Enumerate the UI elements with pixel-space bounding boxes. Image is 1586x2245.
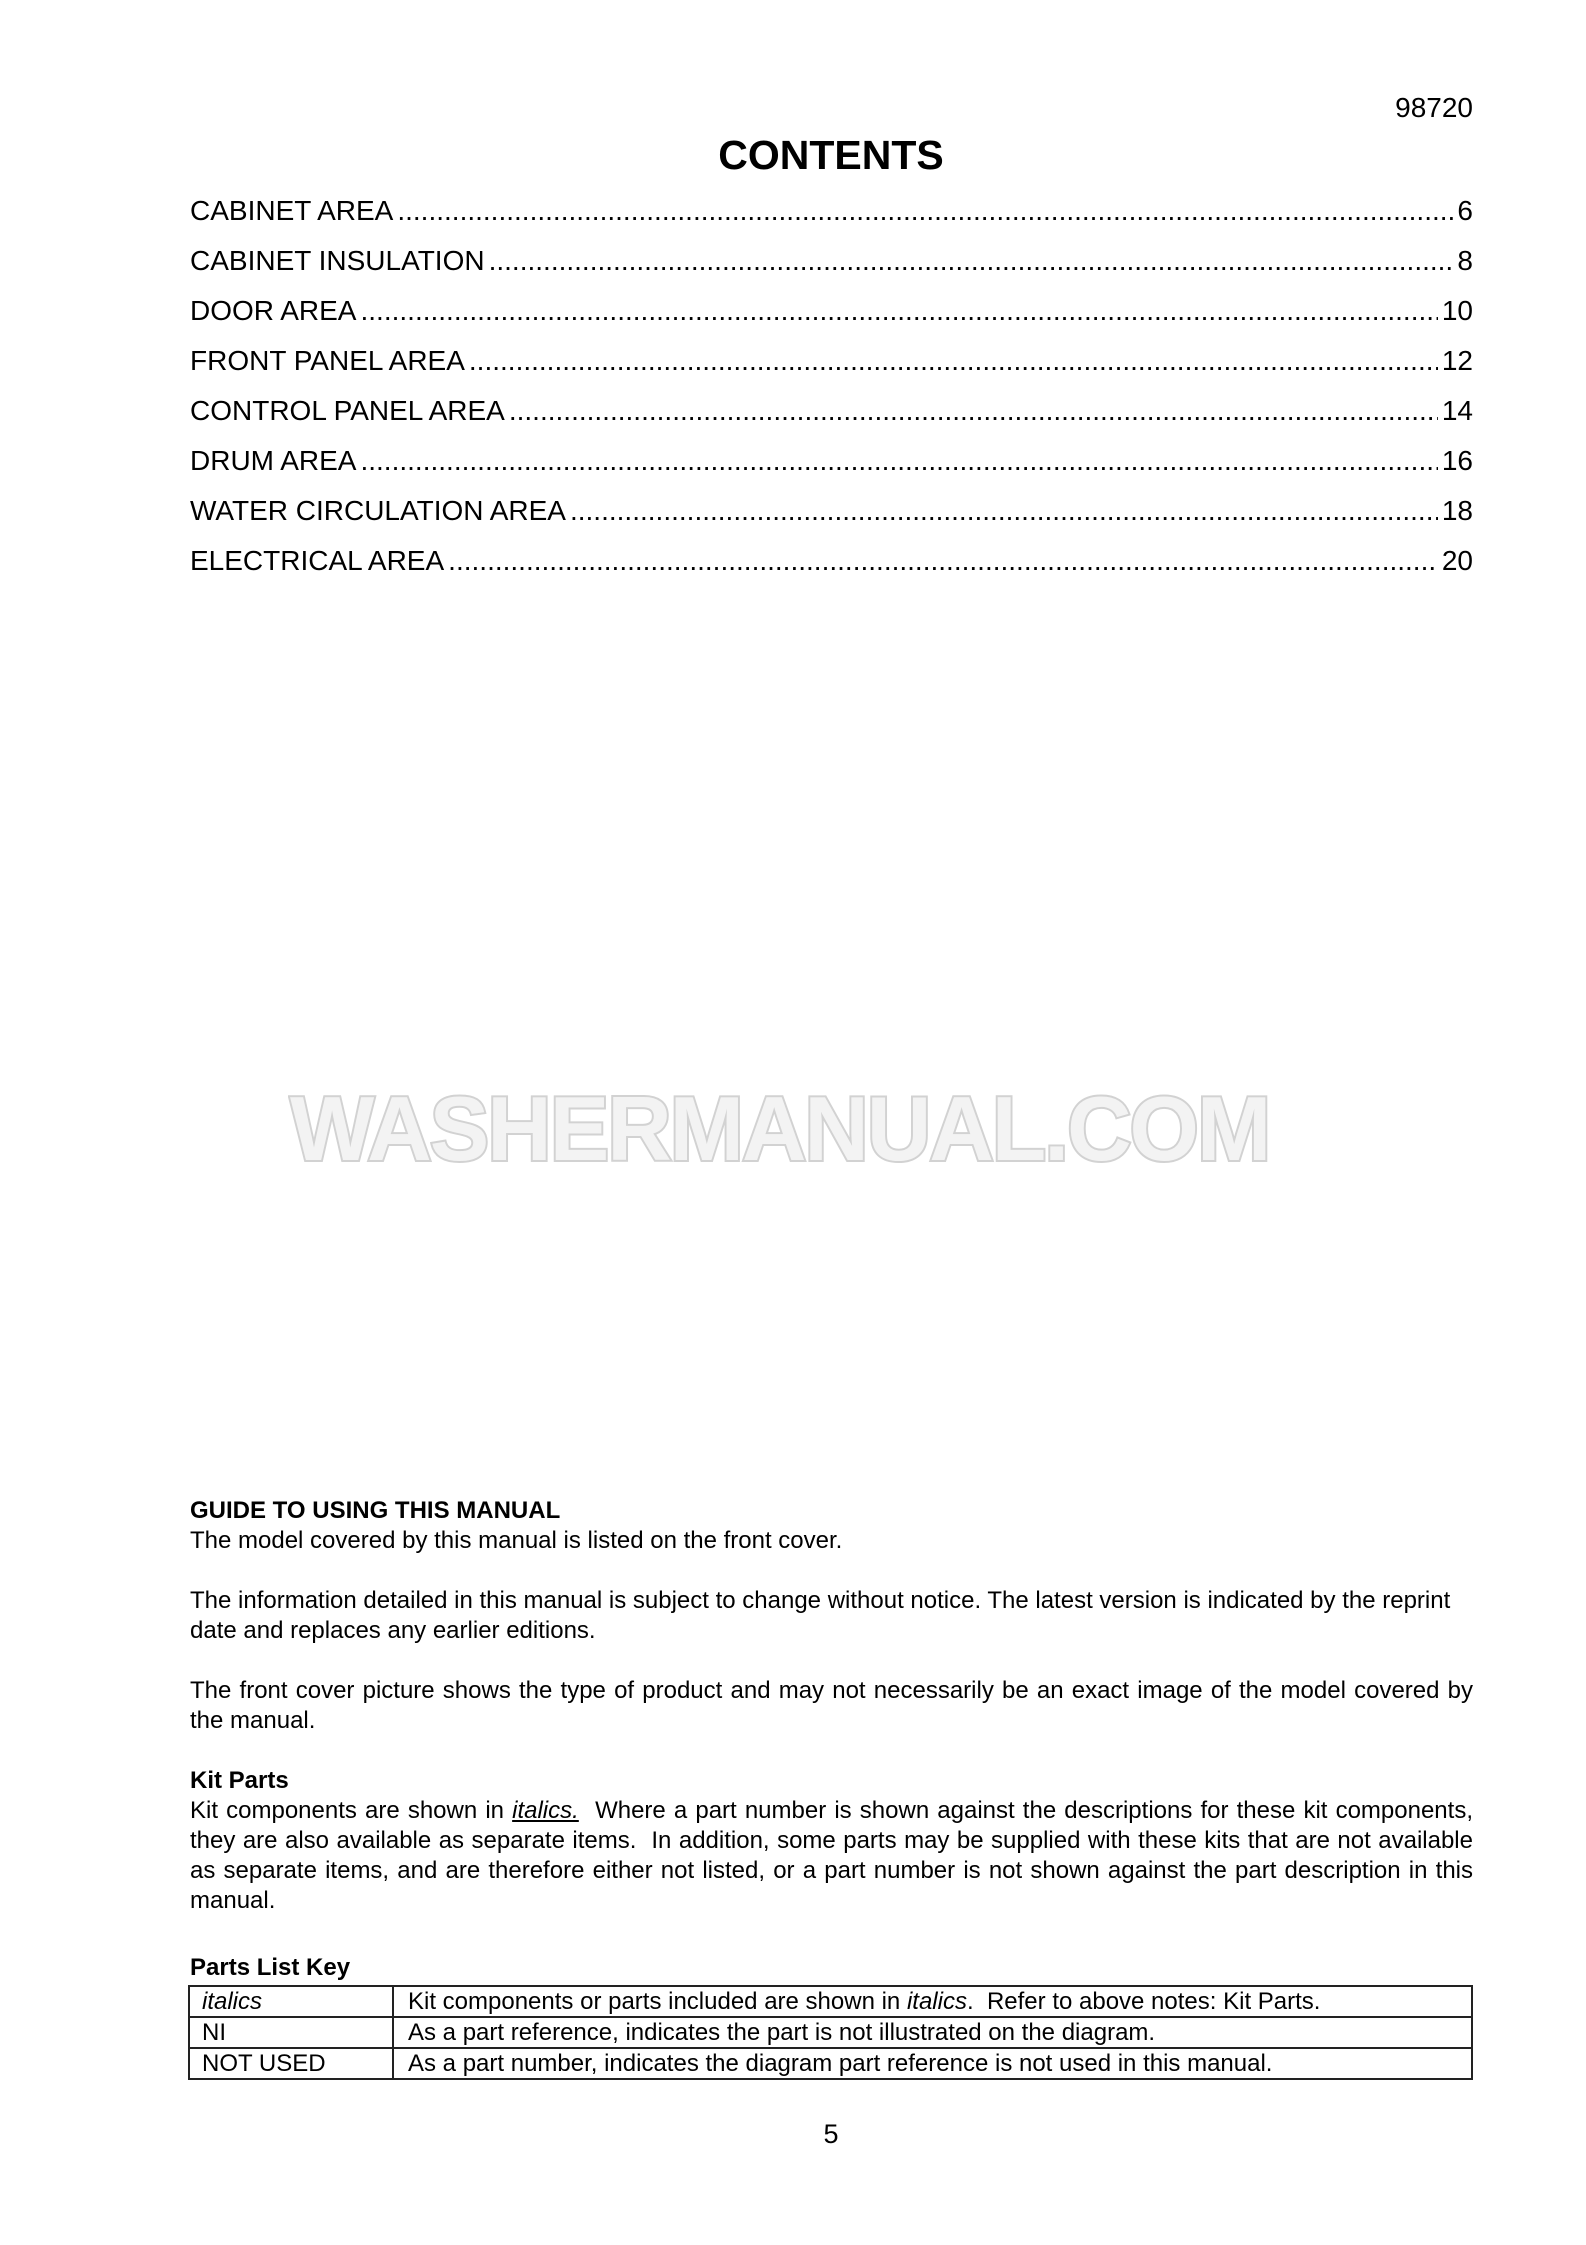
toc-entry[interactable]: WATER CIRCULATION AREA 18: [190, 494, 1473, 544]
key-cell: NI: [189, 2017, 393, 2048]
toc-entry-page: 8: [1457, 244, 1473, 278]
toc-entry[interactable]: ELECTRICAL AREA 20: [190, 544, 1473, 594]
toc-entry-label: CABINET AREA: [190, 194, 393, 228]
toc-entry-page: 20: [1442, 544, 1473, 578]
guide-heading: GUIDE TO USING THIS MANUAL: [190, 1496, 1473, 1526]
toc-entry-label: CONTROL PANEL AREA: [190, 394, 505, 428]
table-row: italics Kit components or parts included…: [189, 1986, 1472, 2017]
kit-parts-text: Kit components are shown in: [190, 1797, 512, 1824]
toc-entry-page: 10: [1442, 294, 1473, 328]
guide-paragraph-model: The model covered by this manual is list…: [190, 1526, 1473, 1556]
toc-entry-page: 14: [1442, 394, 1473, 428]
toc-entry[interactable]: CONTROL PANEL AREA 14: [190, 394, 1473, 444]
page-number: 5: [38, 2118, 1586, 2150]
parts-list-key-heading: Parts List Key: [190, 1953, 350, 1983]
kit-parts-heading: Kit Parts: [190, 1766, 1473, 1796]
toc-entry[interactable]: DOOR AREA 10: [190, 294, 1473, 344]
toc-leader-dots: [570, 494, 1438, 528]
spacer: [190, 1736, 1473, 1766]
toc-entry-label: DOOR AREA: [190, 294, 356, 328]
kit-parts-paragraph: Kit components are shown in italics. Whe…: [190, 1796, 1473, 1916]
toc-leader-dots: [489, 244, 1454, 278]
document-number: 98720: [1395, 92, 1473, 124]
description-text: Kit components or parts included are sho…: [408, 1988, 907, 2015]
table-row: NOT USED As a part number, indicates the…: [189, 2048, 1472, 2079]
kit-parts-emphasis: italics.: [512, 1797, 579, 1824]
page-title: CONTENTS: [38, 132, 1586, 178]
key-cell: NOT USED: [189, 2048, 393, 2079]
table-row: NI As a part reference, indicates the pa…: [189, 2017, 1472, 2048]
toc-entry-label: FRONT PANEL AREA: [190, 344, 465, 378]
guide-section: GUIDE TO USING THIS MANUAL The model cov…: [190, 1496, 1473, 1916]
toc-leader-dots: [360, 294, 1437, 328]
spacer: [190, 1646, 1473, 1676]
parts-list-key-table: italics Kit components or parts included…: [188, 1985, 1473, 2080]
description-text: . Refer to above notes: Kit Parts.: [967, 1988, 1321, 2015]
toc-leader-dots: [397, 194, 1453, 228]
toc-leader-dots: [509, 394, 1438, 428]
watermark: WASHERMANUAL.COM: [290, 1085, 1280, 1175]
key-cell: italics: [189, 1986, 393, 2017]
spacer: [190, 1556, 1473, 1586]
toc-entry[interactable]: DRUM AREA 16: [190, 444, 1473, 494]
toc-entry[interactable]: CABINET INSULATION 8: [190, 244, 1473, 294]
description-emphasis: italics: [907, 1988, 967, 2015]
manual-page: 98720 CONTENTS CABINET AREA 6 CABINET IN…: [0, 0, 1586, 2245]
toc-entry-label: ELECTRICAL AREA: [190, 544, 444, 578]
description-cell: As a part number, indicates the diagram …: [393, 2048, 1472, 2079]
toc-entry-page: 12: [1442, 344, 1473, 378]
toc-entry-label: DRUM AREA: [190, 444, 356, 478]
description-cell: As a part reference, indicates the part …: [393, 2017, 1472, 2048]
toc-entry-label: CABINET INSULATION: [190, 244, 485, 278]
guide-paragraph-changes: The information detailed in this manual …: [190, 1586, 1473, 1646]
toc-entry[interactable]: FRONT PANEL AREA 12: [190, 344, 1473, 394]
toc-leader-dots: [448, 544, 1438, 578]
toc-entry-page: 18: [1442, 494, 1473, 528]
toc-entry-page: 16: [1442, 444, 1473, 478]
toc-entry[interactable]: CABINET AREA 6: [190, 194, 1473, 244]
description-cell: Kit components or parts included are sho…: [393, 1986, 1472, 2017]
toc-entry-page: 6: [1457, 194, 1473, 228]
toc-entry-label: WATER CIRCULATION AREA: [190, 494, 566, 528]
guide-paragraph-cover: The front cover picture shows the type o…: [190, 1676, 1473, 1736]
toc-leader-dots: [360, 444, 1437, 478]
table-of-contents: CABINET AREA 6 CABINET INSULATION 8 DOOR…: [190, 194, 1473, 594]
toc-leader-dots: [469, 344, 1438, 378]
